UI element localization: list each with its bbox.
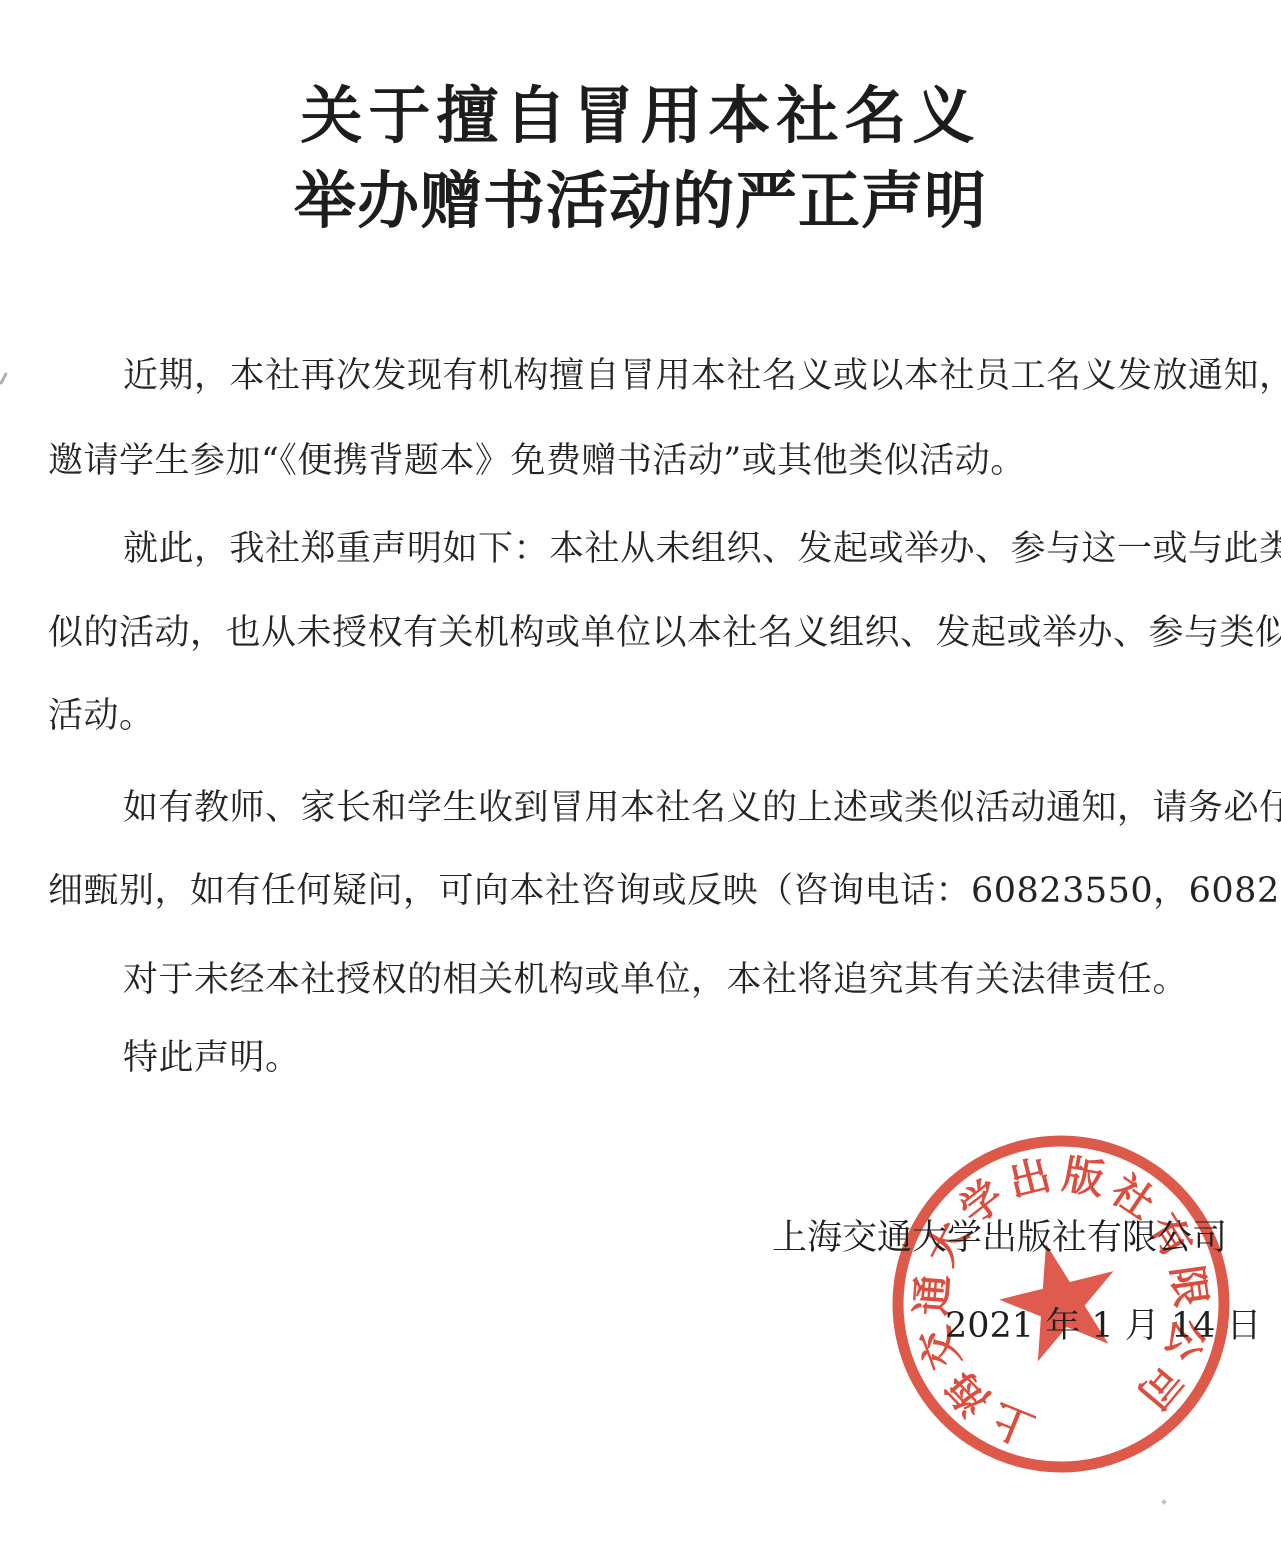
signature-date: 2021 年 1 月 14 日 — [945, 1306, 1262, 1346]
body-line: 细甄别，如有任何疑问，可向本社咨询或反映（咨询电话：60823550，60823… — [48, 871, 1281, 911]
scan-artifact-speck — [1161, 1499, 1167, 1505]
statement-document-page: 关于擅自冒用本社名义 举办赠书活动的严正声明 近期，本社再次发现有机构擅自冒用本… — [0, 0, 1281, 1553]
body-line: 似的活动，也从未授权有关机构或单位以本社名义组织、发起或举办、参与类似 — [48, 613, 1281, 653]
seal-text-char: 上 — [985, 1394, 1041, 1454]
seal-text-char: 出 — [1004, 1151, 1055, 1207]
body-line: 邀请学生参加“《便携背题本》免费赠书活动”或其他类似活动。 — [48, 441, 1026, 481]
body-line: 就此，我社郑重声明如下：本社从未组织、发起或举办、参与这一或与此类 — [123, 529, 1281, 569]
body-line: 如有教师、家长和学生收到冒用本社名义的上述或类似活动通知，请务必仔 — [123, 788, 1281, 828]
signature-company: 上海交通大学出版社有限公司 — [772, 1218, 1227, 1258]
body-line: 特此声明。 — [123, 1038, 301, 1078]
document-title-line-2: 举办赠书活动的严正声明 — [0, 168, 1281, 234]
body-line: 近期，本社再次发现有机构擅自冒用本社名义或以本社员工名义发放通知， — [123, 356, 1281, 396]
body-line: 活动。 — [48, 696, 155, 736]
document-title-line-1: 关于擅自冒用本社名义 — [0, 83, 1281, 149]
body-line: 对于未经本社授权的相关机构或单位，本社将追究其有关法律责任。 — [123, 960, 1188, 1000]
scan-artifact-mark — [0, 372, 8, 385]
seal-text-char: 限 — [1162, 1262, 1215, 1309]
official-seal: 上 海 交 通 大 学 出 版 社 有 限 公 司 — [885, 1128, 1237, 1480]
seal-text-char: 版 — [1059, 1150, 1108, 1204]
